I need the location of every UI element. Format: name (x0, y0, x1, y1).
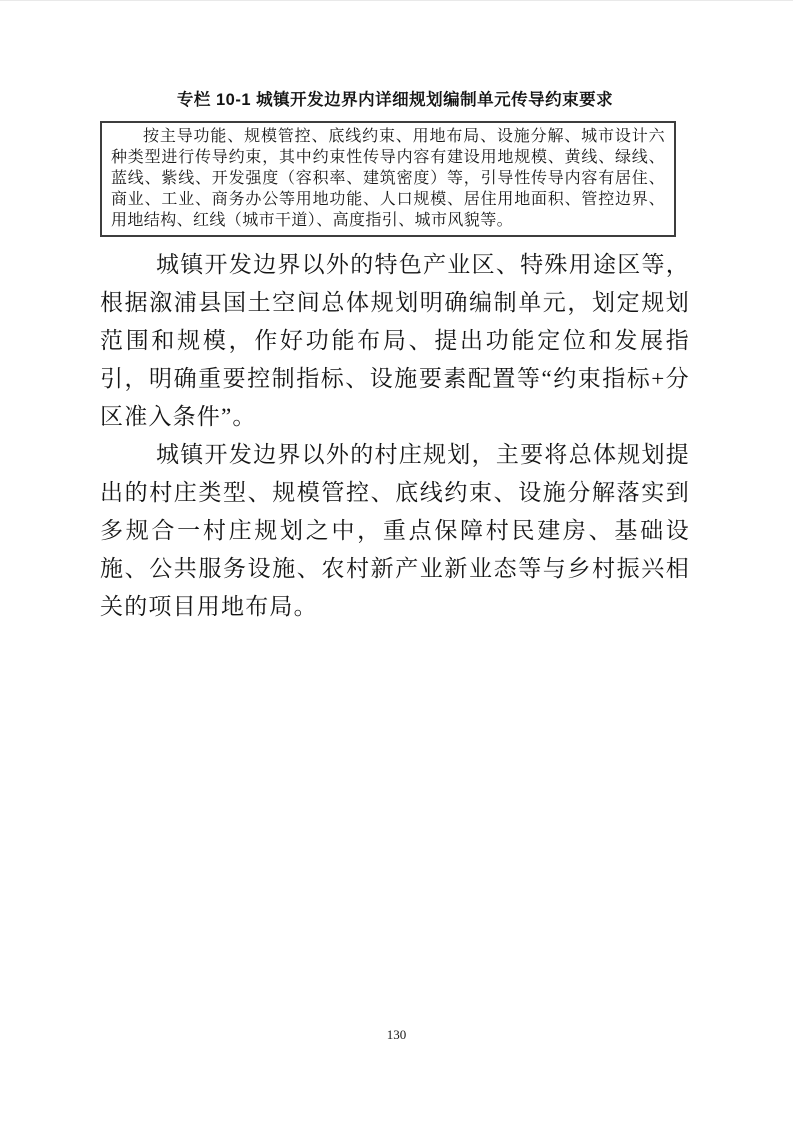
callout-box-title: 专栏 10-1 城镇开发边界内详细规划编制单元传导约束要求 (100, 90, 690, 111)
body-paragraph-1: 城镇开发边界以外的特色产业区、特殊用途区等，根据溆浦县国土空间总体规划明确编制单… (100, 246, 690, 436)
body-paragraph-2: 城镇开发边界以外的村庄规划，主要将总体规划提出的村庄类型、规模管控、底线约束、设… (100, 436, 690, 626)
callout-box-text: 按主导功能、规模管控、底线约束、用地布局、设施分解、城市设计六种类型进行传导约束… (111, 126, 665, 231)
page-number: 130 (0, 1027, 793, 1043)
document-page: 专栏 10-1 城镇开发边界内详细规划编制单元传导约束要求 按主导功能、规模管控… (0, 0, 793, 1122)
callout-box: 按主导功能、规模管控、底线约束、用地布局、设施分解、城市设计六种类型进行传导约束… (100, 121, 676, 237)
body-text: 城镇开发边界以外的特色产业区、特殊用途区等，根据溆浦县国土空间总体规划明确编制单… (100, 246, 690, 626)
